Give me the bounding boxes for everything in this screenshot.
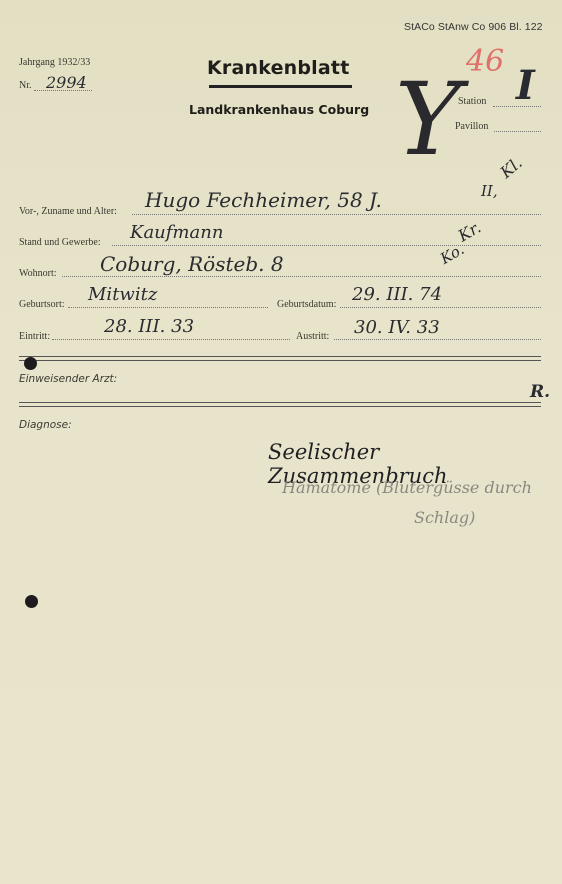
eintritt-label: Eintritt: <box>19 331 50 342</box>
eintritt-line <box>52 339 290 340</box>
name-line <box>132 214 541 215</box>
stand-label: Stand und Gewerbe: <box>19 237 101 248</box>
section-divider-1 <box>19 356 541 361</box>
margin-note-ii: II, <box>481 182 498 200</box>
geburtsort-label: Geburtsort: <box>19 299 65 310</box>
diagnosis-line-3: Schlag) <box>414 508 475 527</box>
geburtsort-line <box>68 307 268 308</box>
pavillon-label: Pavillon <box>455 121 488 132</box>
page-title: Krankenblatt <box>207 57 349 79</box>
name-label: Vor-, Zuname und Alter: <box>19 206 117 217</box>
geburtsort-value: Mitwitz <box>88 284 157 305</box>
section-divider-2 <box>19 402 541 407</box>
diagnosis-label: Diagnose: <box>19 419 72 431</box>
geburtsdatum-line <box>340 307 541 308</box>
geburtsdatum-value: 29. III. 74 <box>352 284 442 305</box>
diagnosis-line-2: Hämatome (Blutergüsse durch <box>282 478 532 497</box>
referring-doctor-label: Einweisender Arzt: <box>19 373 117 385</box>
hospital-name: Landkrankenhaus Coburg <box>189 102 369 117</box>
wohnort-value: Coburg, Rösteb. 8 <box>100 252 284 276</box>
name-value: Hugo Fechheimer, 58 J. <box>145 188 382 212</box>
eintritt-value: 28. III. 33 <box>104 316 194 337</box>
stand-value: Kaufmann <box>130 222 223 243</box>
austritt-value: 30. IV. 33 <box>354 317 440 338</box>
punch-hole-top <box>24 357 37 370</box>
austritt-line <box>334 339 541 340</box>
nr-label: Nr. <box>19 80 32 91</box>
big-letter: Y <box>395 70 461 170</box>
nr-value: 2994 <box>46 73 87 92</box>
margin-note-kl: Kl. <box>496 153 525 182</box>
punch-hole-bottom <box>25 595 38 608</box>
station-value: I <box>516 62 535 109</box>
station-label: Station <box>458 96 486 107</box>
document-page: StACo StAnw Co 906 Bl. 122 Jahrgang 1932… <box>0 0 562 884</box>
referring-doctor-value: R. <box>530 382 550 402</box>
wohnort-label: Wohnort: <box>19 268 57 279</box>
archive-reference: StACo StAnw Co 906 Bl. 122 <box>404 21 543 33</box>
title-underline <box>209 85 352 88</box>
stand-line <box>112 245 541 246</box>
wohnort-line <box>62 276 541 277</box>
red-number: 46 <box>466 44 504 79</box>
geburtsdatum-label: Geburtsdatum: <box>277 299 336 310</box>
austritt-label: Austritt: <box>296 331 329 342</box>
jahrgang-label: Jahrgang 1932/33 <box>19 57 90 68</box>
pavillon-line <box>494 131 541 132</box>
